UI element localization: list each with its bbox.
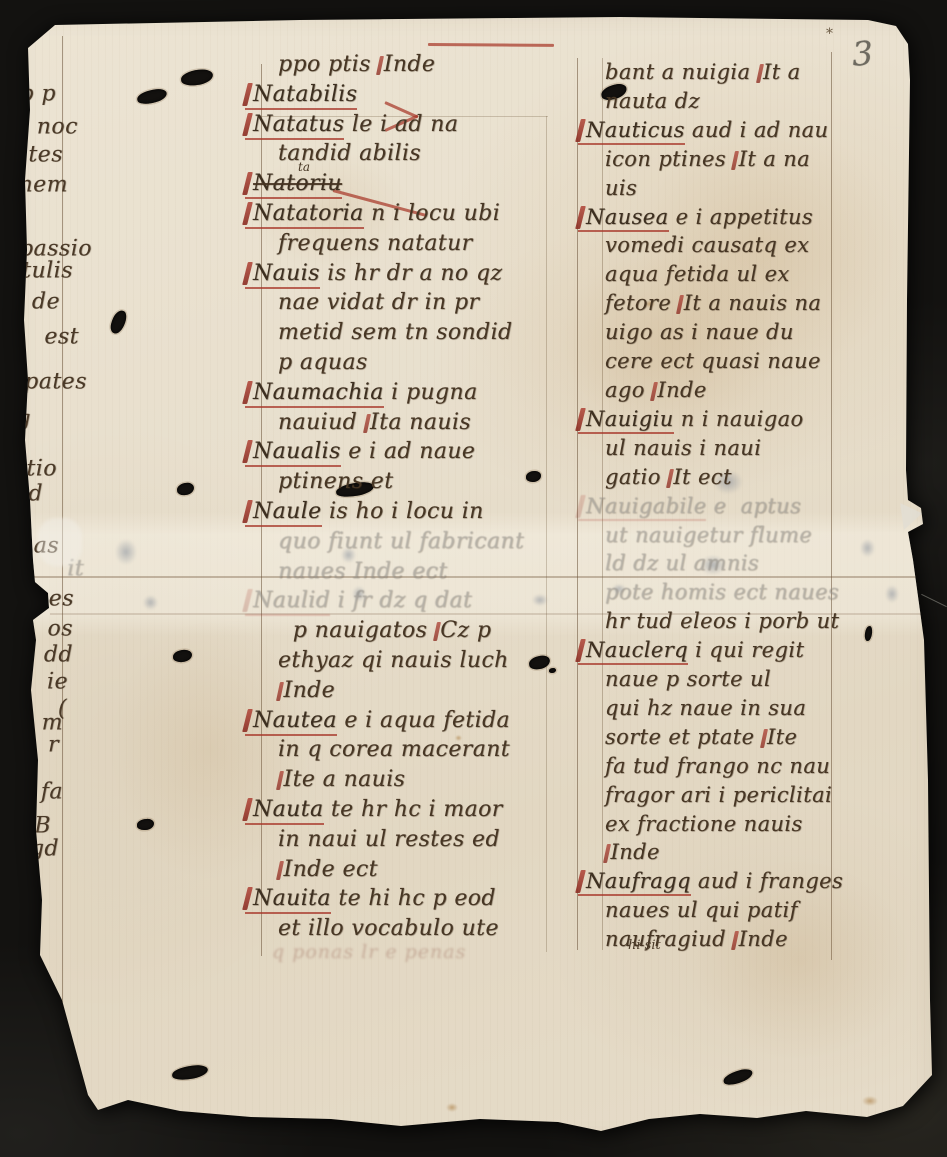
text-line: naues Inde ect bbox=[278, 557, 558, 587]
entry-text: aud i franges bbox=[691, 869, 843, 893]
entry-text: te hi hc p eod bbox=[331, 886, 496, 911]
entry-text: i pugna bbox=[384, 380, 478, 405]
entry-text: a nauis bbox=[315, 767, 405, 792]
stain bbox=[30, 996, 46, 1007]
text-line: Nauita te hi hc p eod bbox=[278, 884, 558, 914]
entry-text: is ho i locu in bbox=[322, 499, 484, 524]
entry-text: Inde bbox=[278, 857, 335, 882]
text-line: cere ect quasi naue bbox=[605, 347, 843, 376]
entry-headword: Naumachia bbox=[245, 380, 384, 408]
fragment-text: ud bbox=[14, 481, 43, 506]
text-line: naue p sorte ul bbox=[605, 665, 843, 694]
entry-text: et illo vocabulo ute bbox=[278, 916, 499, 941]
text-line: uigo as i naue du bbox=[605, 318, 843, 347]
entry-headword: Naulid bbox=[245, 588, 330, 616]
worm-hole bbox=[180, 68, 213, 86]
entry-text: It bbox=[758, 60, 781, 84]
entry-text: Inde bbox=[733, 927, 788, 951]
entry-text: ppo ptis bbox=[278, 52, 378, 77]
entry-headword: Nautea bbox=[245, 708, 337, 736]
text-line: metid sem tn sondid bbox=[278, 318, 558, 348]
text-column-right: bant a nuigia It anauta dzNauticus aud i… bbox=[605, 58, 843, 954]
text-line: Natabilis bbox=[278, 80, 558, 110]
text-line: ex fractione nauis bbox=[605, 810, 843, 839]
text-line: Natatoria n i locu ubi bbox=[278, 199, 558, 229]
entry-text: fetore bbox=[605, 291, 678, 315]
entry-text: Cz bbox=[435, 618, 470, 643]
text-line: Nauticus aud i ad nau bbox=[605, 116, 843, 145]
text-line: Naualis e i ad naue bbox=[278, 437, 558, 467]
entry-text: qui hz naue in sua bbox=[605, 696, 806, 720]
text-line: hr tud eleos i porb ut bbox=[605, 607, 843, 636]
entry-text: e aptus bbox=[706, 494, 801, 518]
entry-text: ul nauis i naui bbox=[605, 436, 761, 460]
fragment-text: r bbox=[48, 732, 59, 757]
entry-text: gatio bbox=[605, 465, 668, 489]
fragment-text: os bbox=[47, 616, 73, 641]
text-line: tandid abilis bbox=[278, 139, 558, 169]
text-line: Nauta te hr hc i maor bbox=[278, 795, 558, 825]
text-line: uis bbox=[605, 174, 843, 203]
stain bbox=[446, 1103, 458, 1112]
entry-text: aud i ad nau bbox=[685, 118, 829, 142]
stain bbox=[862, 1096, 878, 1106]
text-line: fetore It a nauis na bbox=[605, 289, 843, 318]
entry-text: It bbox=[678, 291, 701, 315]
rubrication-mark bbox=[428, 43, 554, 47]
entry-headword: Natatoria bbox=[245, 201, 364, 229]
text-line: gatio It ect bbox=[605, 463, 843, 492]
text-line: in naui ul restes ed bbox=[278, 825, 558, 855]
entry-text: bant a nuigia bbox=[605, 60, 758, 84]
entry-text: e i aqua fetida bbox=[337, 708, 510, 733]
entry-text: p bbox=[469, 618, 491, 643]
text-line: ago Inde bbox=[605, 376, 843, 405]
entry-headword: Natoriu bbox=[245, 171, 342, 199]
fragment-text: dd bbox=[44, 642, 73, 667]
text-line: qui hz naue in sua bbox=[605, 694, 843, 723]
repair-tape bbox=[38, 518, 82, 566]
entry-text: nauis bbox=[402, 410, 471, 435]
text-line: Inde bbox=[278, 676, 558, 706]
entry-text: ut nauigetur flume bbox=[605, 523, 812, 547]
entry-text: n i nauigao bbox=[674, 407, 804, 431]
stain bbox=[115, 539, 137, 565]
fragment-text: s noc bbox=[17, 114, 78, 139]
entry-text: ect bbox=[335, 857, 378, 882]
entry-headword: Naule bbox=[245, 499, 322, 527]
text-line: vomedi causatq ex bbox=[605, 231, 843, 260]
text-line: Nauigiu n i nauigao bbox=[605, 405, 843, 434]
text-line: fa tud frango nc nau bbox=[605, 752, 843, 781]
entry-text: ethyaz qi nauis luch bbox=[278, 648, 509, 673]
entry-text: sorte et ptate bbox=[605, 725, 762, 749]
text-line: p nauigatos Cz p bbox=[278, 616, 558, 646]
entry-text: It bbox=[733, 147, 756, 171]
text-line: Inde ect bbox=[278, 855, 558, 885]
entry-headword: Nauigabile bbox=[578, 494, 706, 521]
fragment-text: pates bbox=[24, 369, 87, 394]
text-line: nae vidat dr in pr bbox=[278, 288, 558, 318]
entry-text: uis bbox=[605, 176, 637, 200]
entry-text: cere ect quasi naue bbox=[605, 349, 821, 373]
entry-text: a bbox=[781, 60, 801, 84]
entry-headword: Natatus bbox=[245, 112, 344, 140]
fragment-text: tulis bbox=[22, 258, 73, 283]
entry-headword: Naufragq bbox=[578, 869, 691, 896]
interlinear-note: hi sit bbox=[628, 938, 661, 953]
entry-text: naues Inde ect bbox=[278, 559, 448, 584]
fragment-text: nem bbox=[18, 172, 68, 197]
text-line: ld dz ul amnis bbox=[605, 549, 843, 578]
entry-text: p aquas bbox=[278, 350, 368, 375]
entry-text: It bbox=[668, 465, 691, 489]
entry-text: Inde bbox=[605, 840, 660, 864]
entry-text: icon ptines bbox=[605, 147, 733, 171]
entry-text: i fr dz q dat bbox=[330, 588, 472, 613]
entry-text: Ite bbox=[762, 725, 798, 749]
text-line: Nauis is hr dr a no qz bbox=[278, 259, 558, 289]
fragment-text: ie bbox=[47, 669, 68, 694]
entry-text: Inde bbox=[378, 52, 435, 77]
entry-headword: Nausea bbox=[578, 205, 669, 232]
text-line: Inde bbox=[605, 838, 843, 867]
text-column-left: ppo ptis IndeNatabilisNatatus le i ad na… bbox=[278, 50, 558, 944]
entry-text: ptinens et bbox=[278, 469, 393, 494]
fragment-text: p p bbox=[19, 81, 56, 106]
text-line: nauiud Ita nauis bbox=[278, 408, 558, 438]
worm-hole bbox=[177, 482, 195, 495]
stain bbox=[885, 585, 899, 603]
entry-text: fragor ari i periclitai bbox=[605, 783, 832, 807]
fragment-text: gd bbox=[30, 836, 59, 861]
worm-hole bbox=[864, 626, 872, 642]
page-number: 3 bbox=[851, 33, 875, 73]
entry-text: naue p sorte ul bbox=[605, 667, 771, 691]
text-line: Natoriu bbox=[278, 169, 558, 199]
fragment-text: tio bbox=[26, 456, 57, 481]
entry-text: pote homis ect naues bbox=[605, 580, 839, 604]
text-line: quo fiunt ul fabricant bbox=[278, 527, 558, 557]
entry-text: naues ul qui patif bbox=[605, 898, 798, 922]
text-line: fragor ari i periclitai bbox=[605, 781, 843, 810]
text-line: Ite a nauis bbox=[278, 765, 558, 795]
entry-headword: Nauclerq bbox=[578, 638, 688, 665]
entry-text: in naui ul restes ed bbox=[278, 827, 500, 852]
page-wrap: 3 * p ps noctesnempassiotulisdeestpatesg… bbox=[0, 0, 947, 1157]
text-line: nauta dz bbox=[605, 87, 843, 116]
entry-text: metid sem tn sondid bbox=[278, 320, 513, 345]
text-line: Nautea e i aqua fetida bbox=[278, 706, 558, 736]
entry-text: e i ad naue bbox=[341, 439, 476, 464]
entry-headword: Natabilis bbox=[245, 82, 357, 110]
entry-text: Ita bbox=[365, 410, 402, 435]
entry-text: naufragiud bbox=[605, 927, 733, 951]
entry-text: fa tud frango nc nau bbox=[605, 754, 830, 778]
entry-text: i qui regit bbox=[688, 638, 804, 662]
text-line: ppo ptis Inde bbox=[278, 50, 558, 80]
entry-text: aqua fetida ul ex bbox=[605, 262, 790, 286]
text-line: Naule is ho i locu in bbox=[278, 497, 558, 527]
stain bbox=[143, 595, 158, 610]
entry-text: nauiud bbox=[278, 410, 365, 435]
photo-background: 3 * p ps noctesnempassiotulisdeestpatesg… bbox=[0, 0, 947, 1157]
text-line: icon ptines It a na bbox=[605, 145, 843, 174]
entry-text: ect bbox=[691, 465, 732, 489]
text-line: pote homis ect naues bbox=[605, 578, 843, 607]
text-line: Nauclerq i qui regit bbox=[605, 636, 843, 665]
text-line: et illo vocabulo ute bbox=[278, 914, 558, 944]
fragment-text: est bbox=[44, 324, 79, 349]
text-line: ethyaz qi nauis luch bbox=[278, 646, 558, 676]
entry-headword: Nauis bbox=[245, 261, 320, 289]
stain bbox=[860, 539, 875, 557]
worm-hole bbox=[171, 1064, 208, 1081]
entry-text: ld dz ul amnis bbox=[605, 551, 759, 575]
entry-text: vomedi causatq ex bbox=[605, 233, 809, 257]
text-line: p aquas bbox=[278, 348, 558, 378]
text-line: in q corea macerant bbox=[278, 735, 558, 765]
entry-headword: Nauita bbox=[245, 886, 331, 914]
worm-hole bbox=[136, 87, 168, 105]
entry-text: nae vidat dr in pr bbox=[278, 290, 479, 315]
text-line: ul nauis i naui bbox=[605, 434, 843, 463]
text-line: Nausea e i appetitus bbox=[605, 203, 843, 232]
superscript-note: ta bbox=[298, 160, 310, 174]
fragment-text: tes bbox=[28, 142, 63, 167]
text-line: bant a nuigia It a bbox=[605, 58, 843, 87]
entry-text: n i locu ubi bbox=[364, 201, 500, 226]
text-line: frequens natatur bbox=[278, 229, 558, 259]
entry-text: quo fiunt ul fabricant bbox=[278, 529, 524, 554]
entry-text: e i appetitus bbox=[669, 205, 814, 229]
entry-text: Inde bbox=[278, 678, 335, 703]
entry-headword: Nauta bbox=[245, 797, 324, 825]
entry-headword: Naualis bbox=[245, 439, 341, 467]
text-line: aqua fetida ul ex bbox=[605, 260, 843, 289]
text-line: Naufragq aud i franges bbox=[605, 867, 843, 896]
fragment-text: fa bbox=[41, 779, 63, 804]
entry-text: is hr dr a no qz bbox=[320, 261, 503, 286]
fragment-text: g bbox=[16, 406, 31, 431]
entry-text: Ite bbox=[278, 767, 315, 792]
entry-text: te hr hc i maor bbox=[324, 797, 503, 822]
entry-headword: Nauticus bbox=[578, 118, 685, 145]
entry-headword: Nauigiu bbox=[578, 407, 674, 434]
show-through-text: q ponas lr e penas bbox=[272, 941, 466, 963]
entry-text: in q corea macerant bbox=[278, 737, 510, 762]
entry-text: ago bbox=[605, 378, 652, 402]
entry-text: Inde bbox=[652, 378, 707, 402]
text-line: ptinens et bbox=[278, 467, 558, 497]
ruling-star-mark: * bbox=[826, 26, 833, 42]
entry-text: nauta dz bbox=[605, 89, 700, 113]
entry-text: a na bbox=[756, 147, 810, 171]
worm-hole bbox=[722, 1067, 754, 1087]
worm-hole bbox=[109, 309, 129, 336]
entry-text: frequens natatur bbox=[278, 231, 473, 256]
entry-text: ex fractione nauis bbox=[605, 812, 803, 836]
entry-text: uigo as i naue du bbox=[605, 320, 794, 344]
entry-text: le i ad na bbox=[344, 112, 458, 137]
fragment-text: de bbox=[32, 289, 60, 314]
text-line: sorte et ptate Ite bbox=[605, 723, 843, 752]
manuscript-page: 3 * p ps noctesnempassiotulisdeestpatesg… bbox=[0, 0, 947, 1157]
entry-text: a nauis na bbox=[701, 291, 821, 315]
text-line: Nauigabile e aptus bbox=[605, 492, 843, 521]
text-line: Natatus le i ad na bbox=[278, 110, 558, 140]
text-line: naues ul qui patif bbox=[605, 896, 843, 925]
entry-text: p nauigatos bbox=[278, 618, 435, 643]
text-line: ut nauigetur flume bbox=[605, 521, 843, 550]
text-line: Naumachia i pugna bbox=[278, 378, 558, 408]
fragment-text: B bbox=[34, 813, 51, 838]
text-line: Naulid i fr dz q dat bbox=[278, 586, 558, 616]
entry-text: hr tud eleos i porb ut bbox=[605, 609, 839, 633]
fragment-text: ues bbox=[34, 586, 74, 611]
